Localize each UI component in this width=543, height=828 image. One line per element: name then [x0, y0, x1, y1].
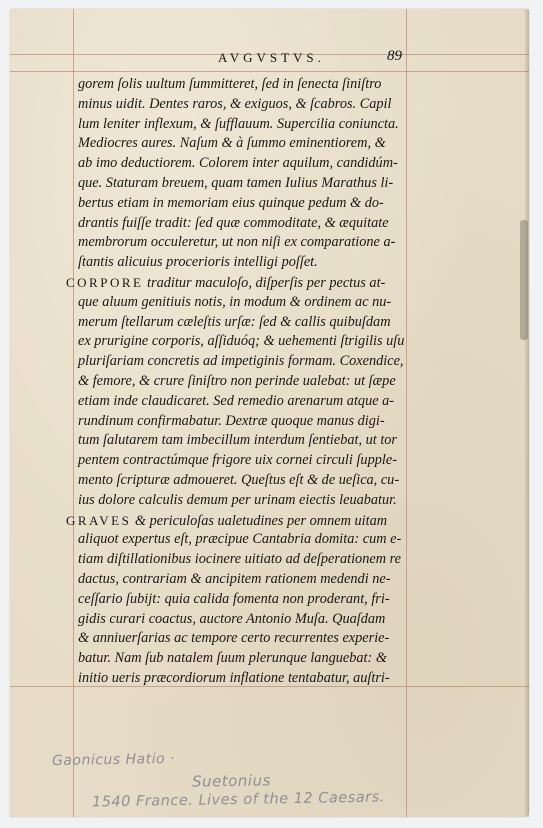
- text-line: etiam inde claudicaret. Sed remedio aren…: [78, 392, 408, 412]
- text-line: que. Staturam breuem, quam tamen Iulius …: [78, 174, 408, 194]
- text-line: & anniuerſarias ac tempore certo recurre…: [78, 629, 408, 649]
- paragraph-initial-caps: GRAVES: [66, 513, 131, 528]
- text-line: pluriſariam concretis ad impetiginis for…: [78, 352, 408, 372]
- text-line: tum ſalutarem tam imbecillum interdum ſe…: [78, 431, 408, 451]
- text-line: ex prurigine corporis, aſſiduóq; & uehem…: [78, 332, 408, 352]
- text-line: Mediocres aures. Naſum & à ſummo eminent…: [78, 134, 408, 154]
- text-line: ab imo deductiorem. Colorem inter aquilu…: [78, 154, 408, 174]
- text-line: que aluum genitiuis notis, in modum & or…: [78, 293, 408, 313]
- text-line: ſtantis alicuius procerioris intelligi p…: [78, 253, 408, 273]
- text-line: & femore, & crure ſiniſtro non perinde u…: [78, 372, 408, 392]
- text-line: ceſſario ſubijt: quia calida fomenta non…: [78, 590, 408, 610]
- text-line: minus uidit. Dentes raros, & exiguos, & …: [78, 95, 408, 115]
- text-line: batur. Nam ſub natalem ſuum plerunque la…: [78, 649, 408, 669]
- page-edge-shadow: [524, 9, 529, 817]
- text-line: gorem ſolis uultum ſummitteret, ſed in ſ…: [78, 75, 408, 95]
- text-line: dactus, contrariam & ancipitem rationem …: [78, 570, 408, 590]
- text-line: merum ſtellarum cæleſtis urſæ: ſed & cal…: [78, 313, 408, 333]
- text-line: tiam diſtillationibus iocinere uitiato a…: [78, 550, 408, 570]
- body-text: gorem ſolis uultum ſummitteret, ſed in ſ…: [78, 75, 408, 689]
- text-line: rundinum confirmabatur. Dextræ quoque ma…: [78, 412, 408, 432]
- pencil-note-author: Gaonicus Hatio ·: [52, 751, 175, 769]
- paragraph-initial-caps: CORPORE: [66, 275, 143, 290]
- text-line: initio ueris præcordiorum inflatione ten…: [78, 669, 408, 689]
- header-rule-bottom: [10, 71, 529, 72]
- text-line: ius dolore calculis demum per urinam eie…: [78, 491, 408, 511]
- page-number: 89: [387, 48, 402, 65]
- paragraph-start: GRAVES & periculoſas ualetudines per omn…: [66, 511, 408, 531]
- running-head: AVGVSTVS.: [218, 50, 325, 66]
- text-line: lum leniter inflexum, & ſufflauum. Super…: [78, 115, 408, 135]
- text-line: aliquot expertus eſt, præcipue Cantabria…: [78, 530, 408, 550]
- text-line: mento ſcripturæ admoueret. Queſtus eſt &…: [78, 471, 408, 491]
- page-stain: [520, 220, 528, 340]
- text-line: drantis fuiſſe tradit: ſed quæ commodita…: [78, 214, 408, 234]
- text-line: pentem contractúmque frigore uix cornei …: [78, 451, 408, 471]
- text-line: bertus etiam in memoriam eius quinque pe…: [78, 194, 408, 214]
- paragraph-start: CORPORE traditur maculoſo, diſperſis per…: [66, 273, 408, 293]
- text-line: membrorum occuleretur, ut non niſi ex co…: [78, 233, 408, 253]
- margin-rule-left: [73, 9, 74, 817]
- text-line: gidis curari coactus, auctore Antonio Mu…: [78, 610, 408, 630]
- pencil-note-title: Suetonius: [192, 771, 271, 790]
